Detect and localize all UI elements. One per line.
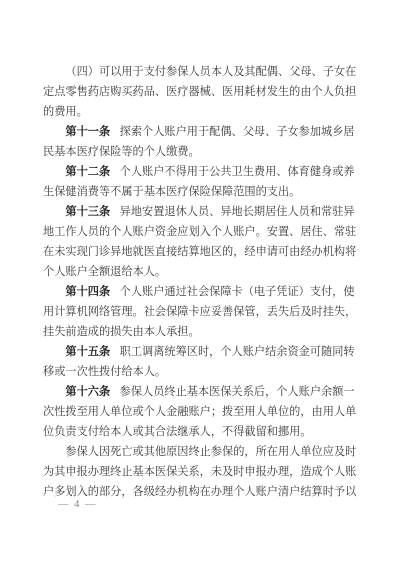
- line-text: 位负责支付给本人或其合法继承人，不得截留和挪用。: [43, 426, 312, 438]
- line-text: 生保健消费等不属于基本医疗保险保障范围的支出。: [43, 186, 300, 198]
- line-text: 的费用。: [43, 106, 88, 118]
- text-line: 民基本医疗保险等的个人缴费。: [43, 142, 359, 162]
- line-text: 移或一次性拨付给本人。: [43, 366, 166, 378]
- text-line: 第十二条个人账户不得用于公共卫生费用、体育健身或养: [43, 162, 359, 182]
- text-line: 地工作人员的个人账户资金应划入个人账户。安置、居住、常驻: [43, 222, 359, 242]
- line-text: 个人账户全额退给本人。: [43, 266, 166, 278]
- article-term: 第十五条: [65, 346, 110, 358]
- line-text: 探索个人账户用于配偶、父母、子女参加城乡居: [120, 126, 355, 138]
- line-text: 在未实现门诊异地就医直接结算地区的，经申请可由经办机构将: [43, 246, 356, 258]
- text-line: 第十三条异地安置退休人员、异地长期居住人员和常驻异: [43, 202, 359, 222]
- line-text: 个人账户通过社会保障卡（电子凭证）支付，使: [120, 286, 355, 298]
- text-line: 为其申报办理终止基本医保关系，未及时申报办理，造成个人账: [43, 462, 359, 482]
- line-text: 个人账户不得用于公共卫生费用、体育健身或养: [120, 166, 355, 178]
- text-line: 第十六条参保人员终止基本医保关系后，个人账户余额一: [43, 382, 359, 402]
- text-line: 生保健消费等不属于基本医疗保险保障范围的支出。: [43, 182, 359, 202]
- line-text: 职工调离统筹区时，个人账户结余资金可随同转: [120, 346, 355, 358]
- line-text: 地工作人员的个人账户资金应划入个人账户。安置、居住、常驻: [43, 226, 356, 238]
- article-term: 第十三条: [65, 206, 110, 218]
- line-text: 次性拨至用人单位或个人金融账户；拨至用人单位的，由用人单: [43, 406, 356, 418]
- text-line: （四）可以用于支付参保人员本人及其配偶、父母、子女在: [43, 62, 359, 82]
- text-line: 第十四条个人账户通过社会保障卡（电子凭证）支付，使: [43, 282, 359, 302]
- article-term: 第十四条: [65, 286, 110, 298]
- line-text: 参保人员终止基本医保关系后，个人账户余额一: [120, 386, 355, 398]
- line-text: 为其申报办理终止基本医保关系，未及时申报办理，造成个人账: [43, 466, 356, 478]
- line-text: 定点零售药店购买药品、医疗器械、医用耗材发生的由个人负担: [43, 86, 356, 98]
- article-term: 第十六条: [65, 386, 110, 398]
- text-line: 移或一次性拨付给本人。: [43, 362, 359, 382]
- line-text: 民基本医疗保险等的个人缴费。: [43, 146, 200, 158]
- text-line: 第十一条探索个人账户用于配偶、父母、子女参加城乡居: [43, 122, 359, 142]
- article-term: 第十一条: [65, 126, 110, 138]
- text-line: 第十五条职工调离统筹区时，个人账户结余资金可随同转: [43, 342, 359, 362]
- text-line: 次性拨至用人单位或个人金融账户；拨至用人单位的，由用人单: [43, 402, 359, 422]
- text-line: 定点零售药店购买药品、医疗器械、医用耗材发生的由个人负担: [43, 82, 359, 102]
- text-line: 参保人因死亡或其他原因终止参保的，所在用人单位应及时: [43, 442, 359, 462]
- line-text: 挂失前造成的损失由本人承担。: [43, 326, 200, 338]
- text-line: 在未实现门诊异地就医直接结算地区的，经申请可由经办机构将: [43, 242, 359, 262]
- line-text: 参保人因死亡或其他原因终止参保的，所在用人单位应及时: [65, 446, 356, 458]
- line-text: 异地安置退休人员、异地长期居住人员和常驻异: [120, 206, 355, 218]
- text-line: 用计算机网络管理。社会保障卡应妥善保管，丢失后及时挂失，: [43, 302, 359, 322]
- document-body: （四）可以用于支付参保人员本人及其配偶、父母、子女在 定点零售药店购买药品、医疗…: [43, 62, 359, 502]
- page-number: — 4 —: [58, 499, 97, 511]
- document-page: （四）可以用于支付参保人员本人及其配偶、父母、子女在 定点零售药店购买药品、医疗…: [0, 0, 396, 562]
- line-text: 户多划入的部分，各级经办机构在办理个人账户清户结算时予以: [43, 486, 356, 498]
- text-line: 的费用。: [43, 102, 359, 122]
- text-line: 挂失前造成的损失由本人承担。: [43, 322, 359, 342]
- text-line: 位负责支付给本人或其合法继承人，不得截留和挪用。: [43, 422, 359, 442]
- line-text: （四）可以用于支付参保人员本人及其配偶、父母、子女在: [65, 66, 356, 78]
- text-line: 个人账户全额退给本人。: [43, 262, 359, 282]
- line-text: 用计算机网络管理。社会保障卡应妥善保管，丢失后及时挂失，: [43, 306, 356, 318]
- article-term: 第十二条: [65, 166, 110, 178]
